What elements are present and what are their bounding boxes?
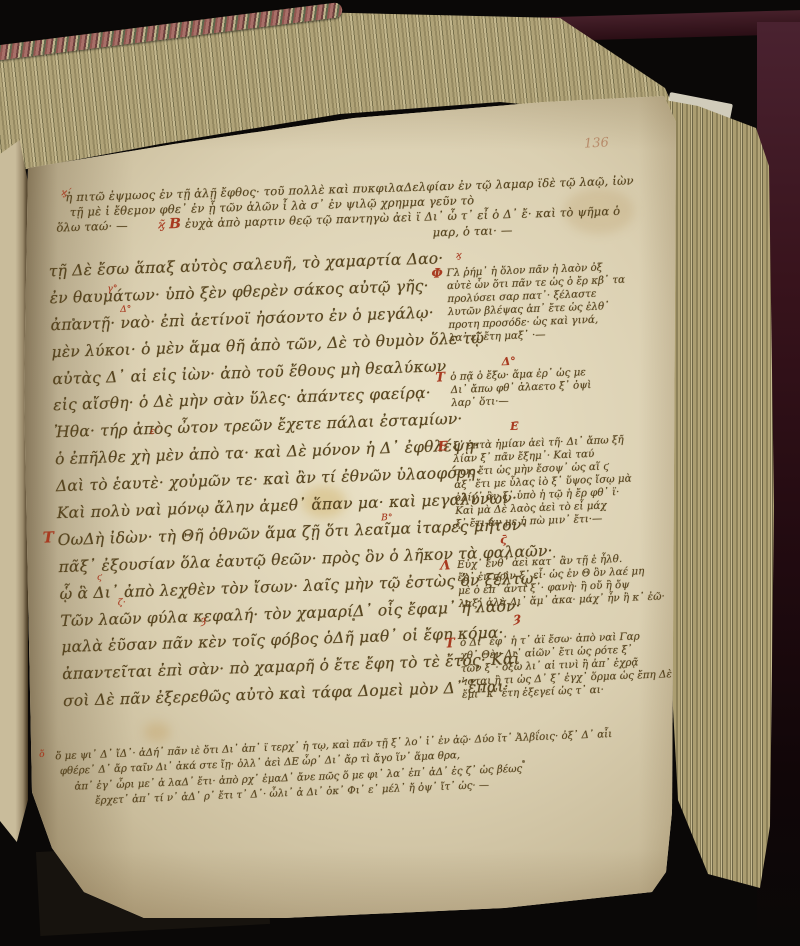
- rubric-mark: ε´: [150, 427, 160, 437]
- rubric-mark: ὅ: [39, 748, 45, 764]
- note-initial: Τ: [445, 636, 455, 651]
- rubric-mark: ϗ̃: [158, 218, 166, 232]
- folio-number: 136: [584, 135, 610, 151]
- rubric-mark: ϗ´: [61, 186, 72, 202]
- scholion-note: Ε ξ᾽ ἑπτὰ ἡμίαν ἀεὶ τῆ· Δι᾽ ἄπω ξῆλίαν ξ…: [453, 433, 642, 531]
- note-lines: Εὐχ᾽ ἔνθ᾽ ἀεὶ κατ᾽ ἂν τῇ ἑ ἦλθ.ἔρ᾽ ἐν πρ…: [457, 552, 645, 611]
- scholion-note: Τ ὁ πᾷ ὁ ἔξω· ἅμα ἐρ᾽ ὡς μεΔι᾽ ἄπω φθ᾽ ἀ…: [450, 364, 637, 410]
- margin-initial: Τ: [42, 528, 54, 546]
- section-marker: Δ°: [502, 355, 517, 369]
- note-initial: Ε: [438, 439, 448, 454]
- manuscript-photo: 136 ϗ´ ἡ πιτῶ ἐψμωος ἐν τῇ ἁλῇ ἔφθος· το…: [0, 0, 800, 946]
- note-lines: ξ᾽ ἑπτὰ ἡμίαν ἀεὶ τῆ· Δι᾽ ἄπω ξῆλίαν ξ᾽ …: [453, 433, 642, 531]
- main-text-column: γ° Δ° ε´ Β° ϛ ζ· Ȝ Τ τῇ Δὲ ἔσω ἅπαξ αὐτὸ…: [49, 250, 438, 719]
- rubric-mark: ϛ: [97, 573, 103, 583]
- note-lines: ὁ Δι᾽ ἐφ᾽ ἡ τ᾽ ἀϊ ἔσω· ἀπὸ ναὶ Γαρχθ᾽ Θὲ…: [460, 630, 648, 702]
- rubric-mark: Ȝ: [200, 617, 206, 627]
- main-lines: τῇ Δὲ ἔσω ἅπαξ αὐτὸς σαλευῆ, τὸ χαμαρτία…: [49, 250, 438, 719]
- scholion-note: Τ ὁ Δι᾽ ἐφ᾽ ἡ τ᾽ ἀϊ ἔσω· ἀπὸ ναὶ Γαρχθ᾽ …: [460, 630, 648, 702]
- note-initial: Φ: [431, 266, 443, 281]
- scholion-note: Λ Εὐχ᾽ ἔνθ᾽ ἀεὶ κατ᾽ ἂν τῇ ἑ ἦλθ.ἔρ᾽ ἐν …: [457, 552, 645, 611]
- rubric-mark: ζ·: [118, 598, 126, 608]
- rubric-mark: Δ°: [120, 305, 132, 315]
- note-initial: Λ: [440, 558, 451, 573]
- note-initial: Τ: [435, 370, 445, 385]
- spacer: [128, 229, 158, 230]
- opposite-page-sliver: [0, 140, 28, 842]
- rubric-mark: ϗ: [456, 251, 462, 261]
- note-lines: ὁ πᾷ ὁ ἔξω· ἅμα ἐρ᾽ ὡς μεΔι᾽ ἄπω φθ᾽ ἀλα…: [450, 364, 637, 410]
- section-marker: Ȝ: [513, 613, 521, 626]
- rubric-mark: γ°: [107, 284, 118, 294]
- text-run: ὅλω ταώ· —: [56, 219, 128, 235]
- rubric-initial: Β: [169, 216, 182, 232]
- stain: [144, 722, 170, 742]
- section-marker: ϛ̄: [500, 533, 507, 546]
- section-marker: Ε̄: [510, 420, 519, 433]
- rubric-mark: Β°: [381, 513, 393, 523]
- scholion-note: Φ Γλ ῥήμ᾽ ἡ ὅλον πᾶν ἡ λαὸν ὀξαὐτὲ ὧν ὅτ…: [446, 260, 635, 345]
- note-lines: Γλ ῥήμ᾽ ἡ ὅλον πᾶν ἡ λαὸν ὀξαὐτὲ ὧν ὅτι …: [446, 260, 635, 345]
